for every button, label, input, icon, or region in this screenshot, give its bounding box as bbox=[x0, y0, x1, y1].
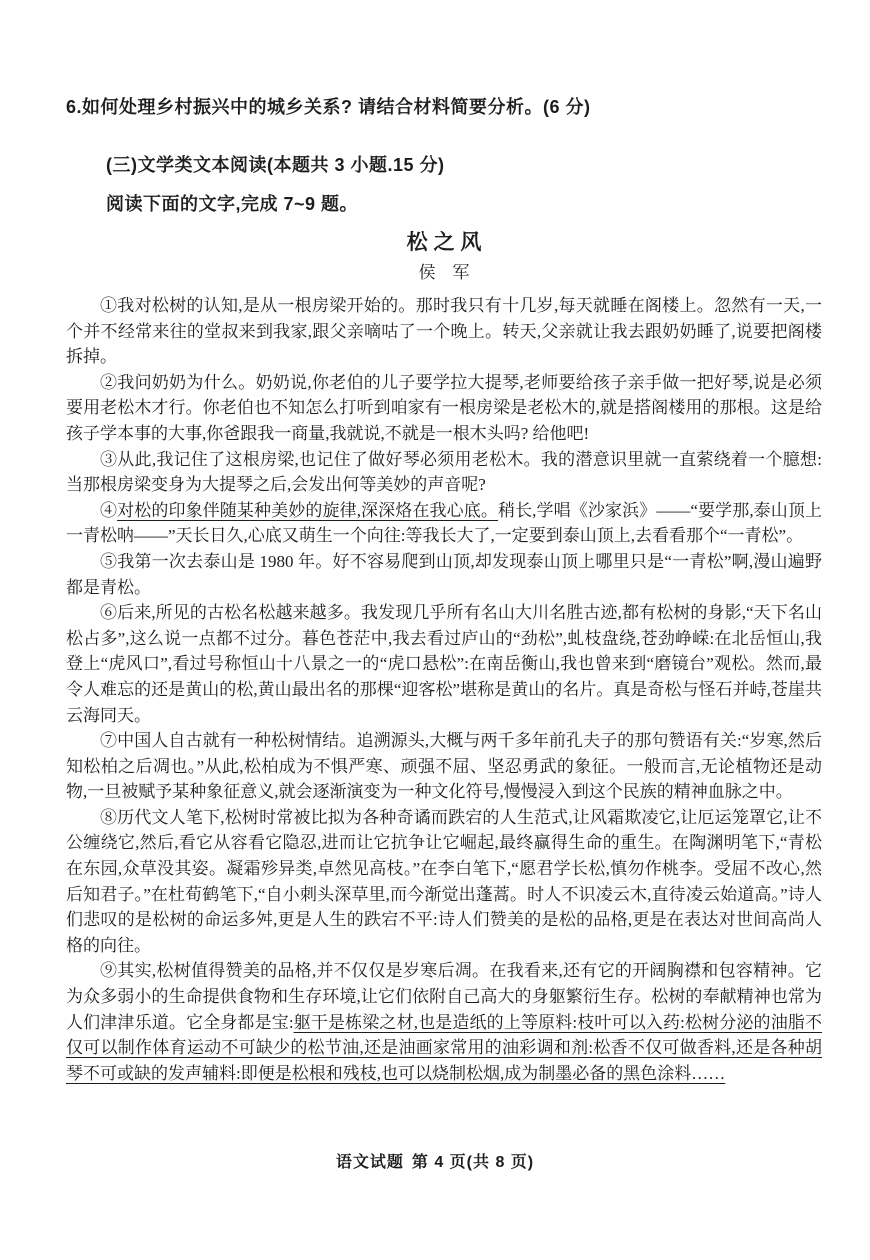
section-header: (三)文学类文本阅读(本题共 3 小题.15 分) bbox=[106, 151, 822, 177]
paragraph-4: ④对松的印象伴随某种美妙的旋律,深深烙在我心底。稍长,学唱《沙家浜》——“要学那… bbox=[66, 498, 822, 549]
paragraph-1-text: ①我对松树的认知,是从一根房梁开始的。那时我只有十几岁,每天就睡在阁楼上。忽然有… bbox=[66, 296, 822, 366]
paragraph-9: ⑨其实,松树值得赞美的品格,并不仅仅是岁寒后凋。在我看来,还有它的开阔胸襟和包容… bbox=[66, 958, 822, 1086]
paragraph-6-text: ⑥后来,所见的古松名松越来越多。我发现几乎所有名山大川名胜古迹,都有松树的身影,… bbox=[66, 603, 822, 724]
paragraph-6: ⑥后来,所见的古松名松越来越多。我发现几乎所有名山大川名胜古迹,都有松树的身影,… bbox=[66, 600, 822, 728]
paragraph-5: ⑤我第一次去泰山是 1980 年。好不容易爬到山顶,却发现泰山顶上哪里只是“一青… bbox=[66, 549, 822, 600]
essay-title: 松 之 风 bbox=[66, 226, 822, 256]
paragraph-4-marker: ④ bbox=[100, 501, 117, 520]
question-6: 6.如何处理乡村振兴中的城乡关系? 请结合材料简要分析。(6 分) bbox=[66, 93, 822, 119]
paragraph-2-text: ②我问奶奶为什么。奶奶说,你老伯的儿子要学拉大提琴,老师要给孩子亲手做一把好琴,… bbox=[66, 373, 822, 443]
paragraph-2: ②我问奶奶为什么。奶奶说,你老伯的儿子要学拉大提琴,老师要给孩子亲手做一把好琴,… bbox=[66, 370, 822, 447]
footer-page-number: 第 4 页(共 8 页) bbox=[412, 1154, 534, 1171]
paragraph-7-text: ⑦中国人自古就有一种松树情结。追溯源头,大概与两千多年前孔夫子的那句赞语有关:“… bbox=[66, 731, 822, 801]
paragraph-4-underlined-text: 对松的印象伴随某种美妙的旋律,深深烙在我心底。 bbox=[117, 501, 498, 520]
essay-author: 侯 军 bbox=[66, 258, 822, 283]
exam-page: 6.如何处理乡村振兴中的城乡关系? 请结合材料简要分析。(6 分) (三)文学类… bbox=[0, 0, 870, 1260]
reading-instruction: 阅读下面的文字,完成 7~9 题。 bbox=[106, 190, 822, 216]
paragraph-5-text: ⑤我第一次去泰山是 1980 年。好不容易爬到山顶,却发现泰山顶上哪里只是“一青… bbox=[66, 552, 822, 597]
paragraph-1: ①我对松树的认知,是从一根房梁开始的。那时我只有十几岁,每天就睡在阁楼上。忽然有… bbox=[66, 293, 822, 370]
paragraph-8-text: ⑧历代文人笔下,松树时常被比拟为各种奇谲而跌宕的人生范式,让风霜欺凌它,让厄运笼… bbox=[66, 808, 822, 955]
paragraph-8: ⑧历代文人笔下,松树时常被比拟为各种奇谲而跌宕的人生范式,让风霜欺凌它,让厄运笼… bbox=[66, 805, 822, 959]
paragraph-3-text: ③从此,我记住了这根房梁,也记住了做好琴必须用老松木。我的潜意识里就一直萦绕着一… bbox=[66, 450, 822, 495]
page-footer: 语文试题第 4 页(共 8 页) bbox=[0, 1149, 870, 1172]
essay-body: ①我对松树的认知,是从一根房梁开始的。那时我只有十几岁,每天就睡在阁楼上。忽然有… bbox=[66, 293, 822, 1086]
footer-subject: 语文试题 bbox=[336, 1154, 404, 1171]
paragraph-7: ⑦中国人自古就有一种松树情结。追溯源头,大概与两千多年前孔夫子的那句赞语有关:“… bbox=[66, 728, 822, 805]
paragraph-3: ③从此,我记住了这根房梁,也记住了做好琴必须用老松木。我的潜意识里就一直萦绕着一… bbox=[66, 447, 822, 498]
